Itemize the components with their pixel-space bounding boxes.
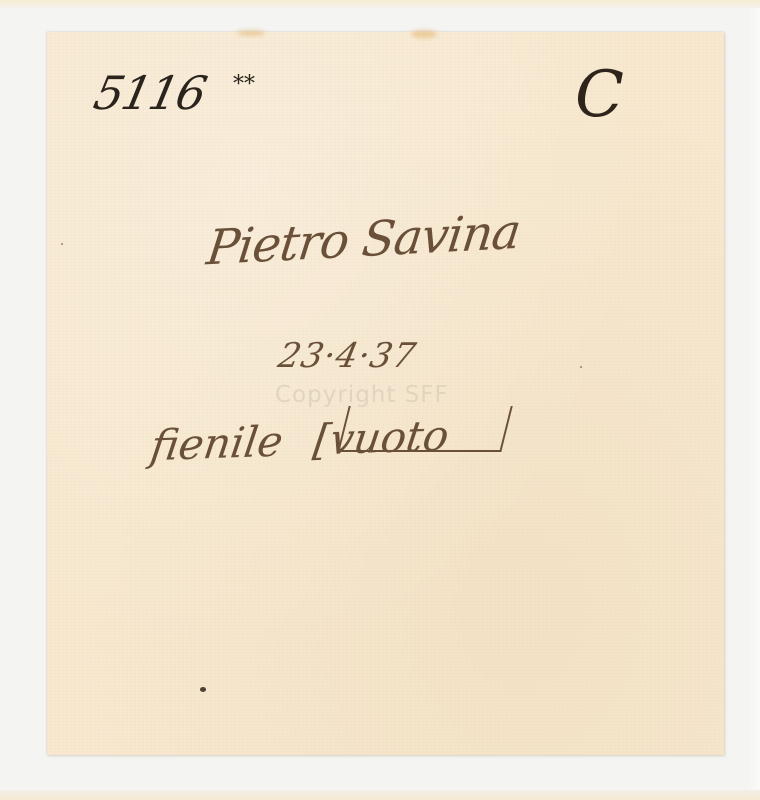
top-scan-edge: [0, 0, 760, 8]
paper-stain: [237, 30, 265, 36]
catalog-number: 5116: [89, 66, 210, 120]
copyright-watermark: Copyright SFF: [275, 382, 449, 408]
ink-speck: [580, 366, 582, 368]
ink-speck: [200, 687, 206, 692]
paper-stain: [411, 30, 437, 38]
location-text: fienile [vuoto: [148, 411, 452, 471]
location-note: vuoto: [327, 411, 452, 464]
paper-card: 5116 ** C Pietro Savina 23·4·37 Copyrigh…: [47, 32, 724, 755]
mount-right-edge: [748, 8, 760, 790]
location-word: fienile: [148, 416, 286, 470]
ink-speck: [61, 243, 63, 245]
bottom-scan-edge: [0, 790, 760, 800]
person-name: Pietro Savina: [204, 204, 523, 277]
catalog-marks: **: [233, 72, 255, 97]
date: 23·4·37: [275, 336, 420, 376]
corner-letter: C: [575, 58, 624, 132]
